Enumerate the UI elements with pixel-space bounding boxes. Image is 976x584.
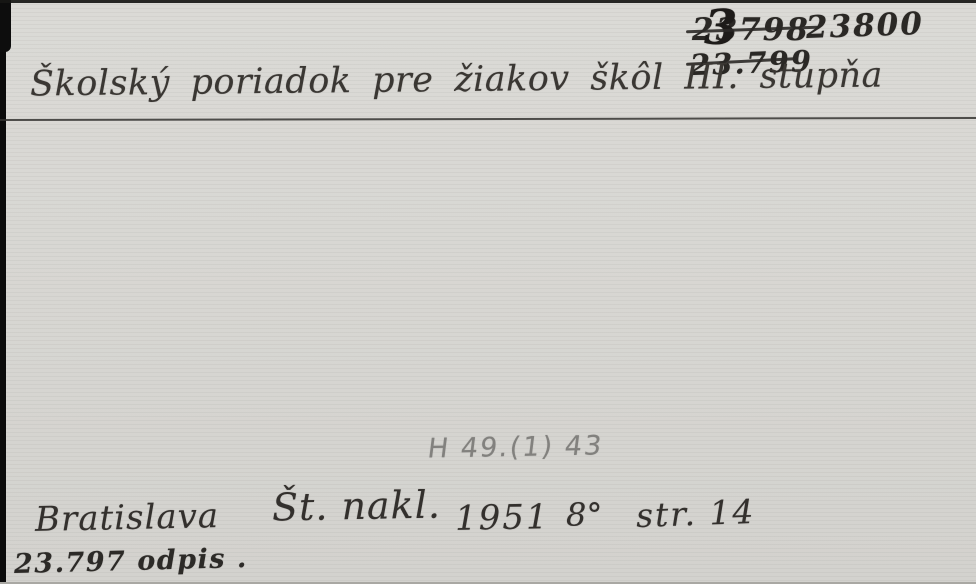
imprint-format: 8°: [566, 496, 602, 534]
imprint-pages: str. 14: [635, 492, 756, 535]
scan-left-corner: [0, 0, 11, 52]
shelfmark-pencil: H 49.(1) 43: [426, 430, 605, 464]
imprint-place: Bratislava: [35, 496, 220, 540]
copy-note: 23.797 odpis .: [14, 543, 248, 580]
imprint-year: 1951: [455, 497, 550, 539]
imprint-publisher: Št. nakl.: [272, 483, 442, 530]
scan-top-edge: [0, 0, 976, 3]
accession-new-number: 23800: [805, 6, 924, 46]
catalog-card: 23798 3 23800 23.799 Školský poriadok pr…: [0, 0, 976, 584]
scan-left-edge: [0, 0, 6, 584]
header-rule-line: [0, 117, 976, 121]
card-title-handwriting: Školský poriadok pre žiakov škôl III. st…: [30, 56, 883, 105]
